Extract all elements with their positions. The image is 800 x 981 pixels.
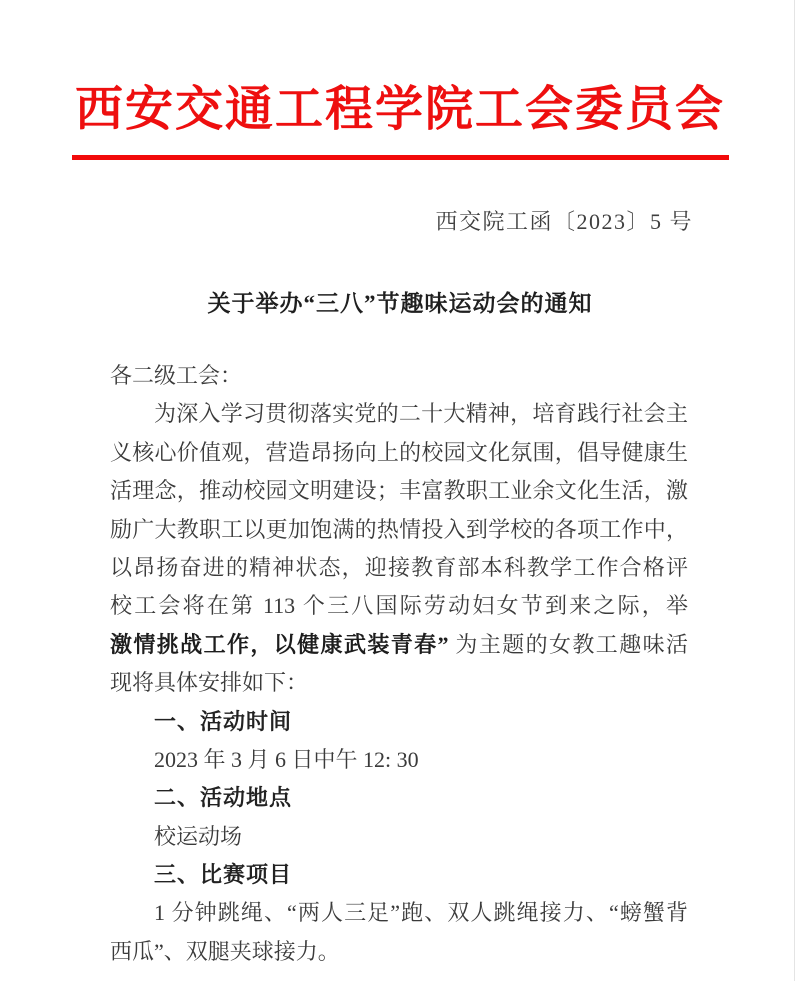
section-1-heading: 一、活动时间 (110, 703, 688, 741)
body-line: 活理念，推动校园文明建设；丰富教职工业余文化生活，激 (110, 472, 688, 510)
doc-title: 关于举办“三八”节趣味运动会的通知 (0, 285, 800, 318)
red-header-rule (72, 155, 729, 160)
activity-place: 校运动场 (110, 818, 688, 856)
section-3-heading: 三、比赛项目 (110, 856, 688, 894)
body-line: 励广大教职工以更加饱满的热情投入到学校的各项工作中， (110, 511, 688, 549)
body-line: 现将具体安排如下： (110, 664, 688, 702)
doc-number: 西交院工函〔2023〕5 号 (435, 205, 693, 236)
salutation: 各二级工会： (110, 357, 688, 395)
body-line: 西瓜”、双腿夹球接力。 (110, 933, 688, 971)
doc-body: 各二级工会：为深入学习贯彻落实党的二十大精神，培育践行社会主义核心价值观，营造昂… (110, 357, 688, 971)
body-line: 义核心价值观，营造昂扬向上的校园文化氛围，倡导健康生 (110, 434, 688, 472)
section-2-heading: 二、活动地点 (110, 779, 688, 817)
body-line: 1 分钟跳绳、“两人三足”跑、双人跳绳接力、“螃蟹背 (110, 894, 688, 932)
body-line: 激情挑战工作，以健康武装青春” 为主题的女教工趣味活动； (110, 626, 688, 664)
activity-time: 2023 年 3 月 6 日中午 12: 30 (110, 741, 688, 779)
page-edge-divider (794, 0, 795, 981)
body-line: 以昂扬奋进的精神状态，迎接教育部本科教学工作合格评估。 (110, 549, 688, 587)
body-line: 校工会将在第 113 个三八国际劳动妇女节到来之际，举行“用 (110, 587, 688, 625)
body-line: 为深入学习贯彻落实党的二十大精神，培育践行社会主 (110, 395, 688, 433)
org-header-title: 西安交通工程学院工会委员会 (0, 70, 800, 139)
notice-document-page: 西安交通工程学院工会委员会 西交院工函〔2023〕5 号 关于举办“三八”节趣味… (0, 0, 800, 981)
